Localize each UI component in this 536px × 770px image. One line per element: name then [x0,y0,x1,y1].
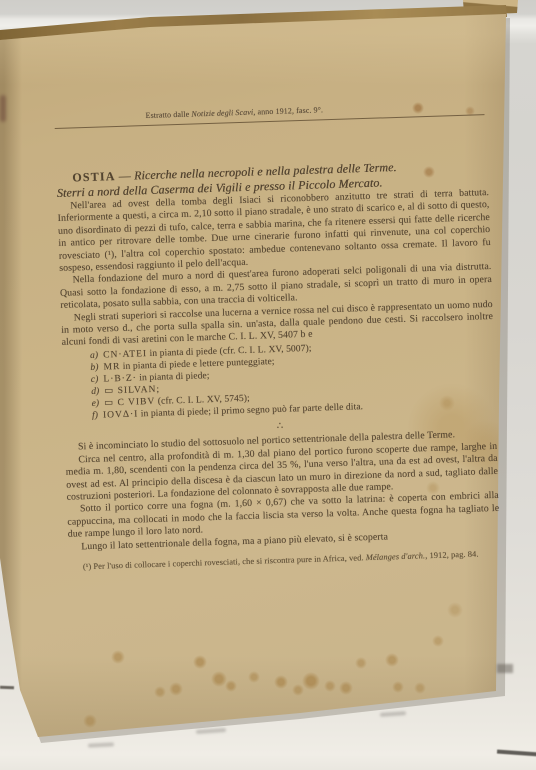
table-edge-line-left [0,686,14,689]
pencil-smudge [88,742,114,747]
header-prefix: Estratto dalle [145,110,191,120]
stamp-mark: L·B·Z· [103,374,137,385]
list-item-label: f) [92,411,98,421]
list-item-label: e) [91,399,99,409]
offprint-header: Estratto dalle Notizie degli Scavi, anno… [54,102,414,123]
header-suffix: , anno 1912, fasc. 9°. [253,105,323,116]
title-dash: — [119,169,132,183]
photo-of-document: Estratto dalle Notizie degli Scavi, anno… [0,0,536,770]
pencil-smudge [196,728,226,734]
stamp-mark: MR [103,362,120,373]
site-name: OSTIA [72,169,116,184]
list-item-label: b) [90,363,98,373]
table-edge-patch [497,664,513,673]
pencil-smudge [380,711,406,717]
stamp-list: a)CN·ATEI in pianta di piede (cfr. C. I.… [90,337,496,423]
list-item-label: c) [91,375,99,385]
list-item-label: a) [90,351,98,361]
footnote-suffix: , 1912, pag. 84. [425,550,479,561]
stamp-mark: CN·ATEI [103,349,147,360]
list-item-text: in pianta di piede; [139,371,210,383]
stamp-mark: IOVΔ·I [103,410,139,421]
stamp-mark: ▭ C VIBV [104,397,155,409]
journal-name: Notizie degli Scavi [191,108,253,119]
printed-text-block: Estratto dalle Notizie degli Scavi, anno… [54,92,501,573]
stamp-mark: ▭ SILVAN; [104,385,160,397]
list-item-label: d) [91,387,99,397]
table-edge-line-right [497,750,536,757]
footnote-work: Mélanges d'arch. [366,551,426,562]
left-edge-blur [0,95,6,122]
